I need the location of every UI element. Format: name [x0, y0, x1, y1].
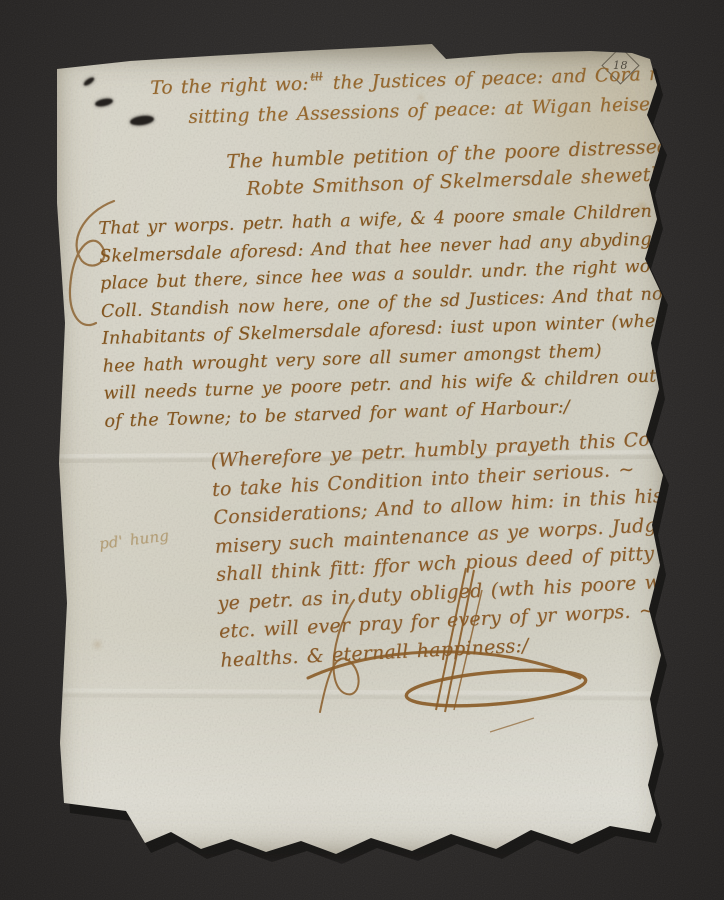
heading-line-2: sitting the Assessions of peace: at Wiga… [188, 94, 663, 128]
body-paragraph: That yr worps. petr. hath a wife, & 4 po… [98, 196, 724, 435]
wormhole-mark [94, 97, 113, 108]
prayer-paragraph: (Wherefore ye petr. humbly prayeth this … [210, 424, 699, 675]
marginal-annotation: pd' hung [98, 526, 170, 552]
wormhole-mark [83, 76, 96, 87]
fold-crease [56, 688, 662, 700]
struck-superscript: tll [310, 70, 322, 83]
wormhole-mark [129, 114, 154, 126]
heading-line-1: To the right wo:tll the Justices of peac… [150, 60, 689, 99]
fox-spot [94, 641, 101, 648]
heading-line-1-rest: the Justices of peace: and Cora now [324, 63, 688, 94]
photograph-of-manuscript: 18 To the right wo:tll the Justices of p… [0, 0, 724, 900]
manuscript-page: 18 To the right wo:tll the Justices of p… [50, 43, 678, 855]
heading-line-1-text: To the right wo: [150, 74, 309, 99]
